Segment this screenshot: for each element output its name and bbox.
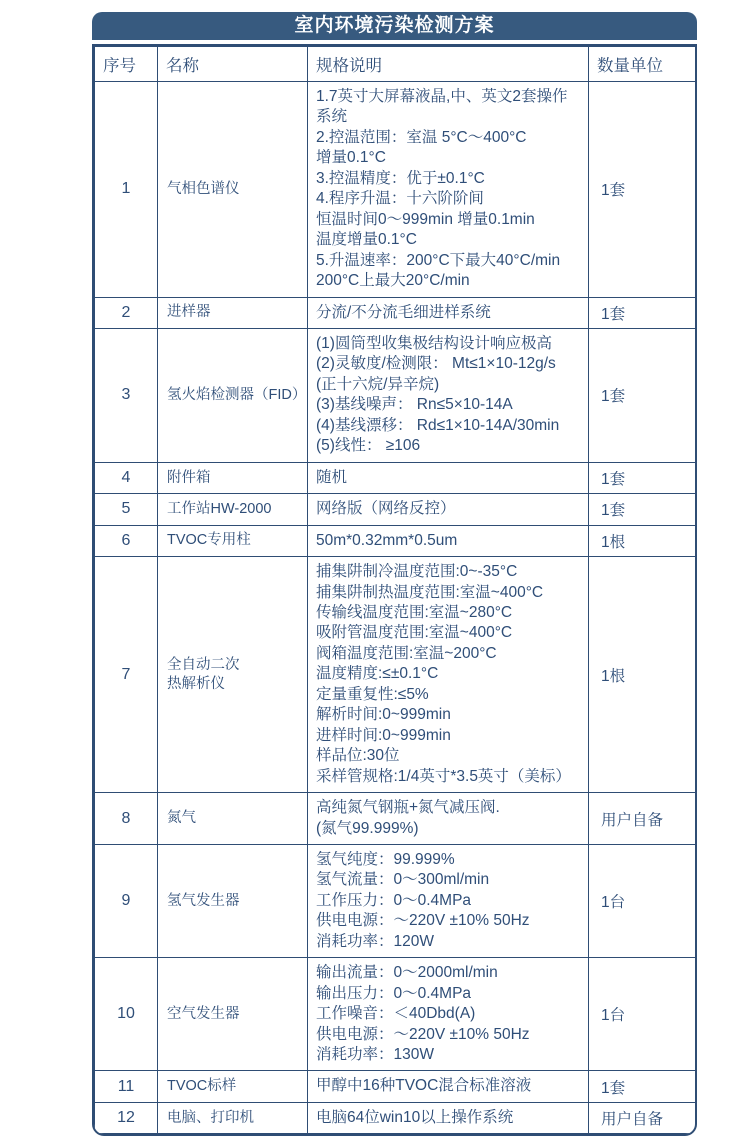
row-name: 氮气 (158, 793, 308, 845)
table-row: 2 进样器 分流/不分流毛细进样系统 1套 (95, 297, 698, 328)
table-container: 序号 名称 规格说明 数量单位 1 气相色谱仪 1.7英寸大屏幕液晶,中、英文2… (92, 44, 697, 1119)
row-no: 2 (95, 297, 158, 328)
row-no: 11 (95, 1071, 158, 1102)
table-row: 5 工作站HW-2000 网络版（网络反控） 1套 (95, 494, 698, 525)
table-row: 1 气相色谱仪 1.7英寸大屏幕液晶,中、英文2套操作系统 2.控温范围：室温 … (95, 82, 698, 298)
table-row: 10 空气发生器 输出流量：0～2000ml/min 输出压力：0～0.4MPa… (95, 958, 698, 1071)
row-no: 7 (95, 557, 158, 793)
table-row: 8 氮气 高纯氮气钢瓶+氮气减压阀. (氮气99.999%) 用户自备 (95, 793, 698, 845)
col-header-name: 名称 (158, 47, 308, 82)
row-name: 电脑、打印机 (158, 1102, 308, 1119)
table-row: 7 全自动二次 热解析仪 捕集阱制冷温度范围:0~-35°C 捕集阱制热温度范围… (95, 557, 698, 793)
row-spec: 电脑64位win10以上操作系统 (308, 1102, 589, 1119)
row-no: 12 (95, 1102, 158, 1119)
row-spec: 随机 (308, 462, 589, 493)
row-spec: 甲醇中16种TVOC混合标准溶液 (308, 1071, 589, 1102)
row-spec: 输出流量：0～2000ml/min 输出压力：0～0.4MPa 工作噪音：＜40… (308, 958, 589, 1071)
row-qty: 1根 (589, 525, 698, 556)
row-name: 工作站HW-2000 (158, 494, 308, 525)
row-qty: 1套 (589, 82, 698, 298)
row-no: 4 (95, 462, 158, 493)
row-qty: 1套 (589, 328, 698, 462)
row-spec: (1)圆筒型收集极结构设计响应极高 (2)灵敏度/检测限： Mt≤1×10-12… (308, 328, 589, 462)
page-title: 室内环境污染检测方案 (92, 12, 697, 40)
col-header-spec: 规格说明 (308, 47, 589, 82)
row-spec: 高纯氮气钢瓶+氮气减压阀. (氮气99.999%) (308, 793, 589, 845)
row-no: 5 (95, 494, 158, 525)
row-qty: 1台 (589, 844, 698, 957)
table-row: 6 TVOC专用柱 50m*0.32mm*0.5um 1根 (95, 525, 698, 556)
row-qty: 用户自备 (589, 793, 698, 845)
table-row: 11 TVOC标样 甲醇中16种TVOC混合标准溶液 1套 (95, 1071, 698, 1102)
table-row: 4 附件箱 随机 1套 (95, 462, 698, 493)
row-qty: 1套 (589, 1071, 698, 1102)
row-no: 9 (95, 844, 158, 957)
table-row: 3 氢火焰检测器（FID） (1)圆筒型收集极结构设计响应极高 (2)灵敏度/检… (95, 328, 698, 462)
row-no: 3 (95, 328, 158, 462)
row-spec: 50m*0.32mm*0.5um (308, 525, 589, 556)
spec-table: 序号 名称 规格说明 数量单位 1 气相色谱仪 1.7英寸大屏幕液晶,中、英文2… (94, 46, 697, 1119)
row-spec: 分流/不分流毛细进样系统 (308, 297, 589, 328)
row-spec: 网络版（网络反控） (308, 494, 589, 525)
row-qty: 1套 (589, 494, 698, 525)
row-no: 6 (95, 525, 158, 556)
row-name: 气相色谱仪 (158, 82, 308, 298)
row-no: 10 (95, 958, 158, 1071)
row-qty: 1套 (589, 297, 698, 328)
col-header-no: 序号 (95, 47, 158, 82)
row-spec: 氢气纯度：99.999% 氢气流量：0～300ml/min 工作压力：0～0.4… (308, 844, 589, 957)
row-spec: 1.7英寸大屏幕液晶,中、英文2套操作系统 2.控温范围：室温 5°C～400°… (308, 82, 589, 298)
spec-sheet: 室内环境污染检测方案 序号 名称 规格说明 数量单位 1 气相色谱仪 1.7英寸… (92, 12, 697, 1119)
row-name: 氢气发生器 (158, 844, 308, 957)
row-no: 8 (95, 793, 158, 845)
col-header-qty: 数量单位 (589, 47, 698, 82)
row-name: 附件箱 (158, 462, 308, 493)
row-spec: 捕集阱制冷温度范围:0~-35°C 捕集阱制热温度范围:室温~400°C 传输线… (308, 557, 589, 793)
row-name: 全自动二次 热解析仪 (158, 557, 308, 793)
row-no: 1 (95, 82, 158, 298)
header-row: 序号 名称 规格说明 数量单位 (95, 47, 698, 82)
row-qty: 用户自备 (589, 1102, 698, 1119)
row-qty: 1套 (589, 462, 698, 493)
row-qty: 1根 (589, 557, 698, 793)
row-name: TVOC专用柱 (158, 525, 308, 556)
row-name: 氢火焰检测器（FID） (158, 328, 308, 462)
row-qty: 1台 (589, 958, 698, 1071)
row-name: TVOC标样 (158, 1071, 308, 1102)
row-name: 空气发生器 (158, 958, 308, 1071)
row-name: 进样器 (158, 297, 308, 328)
table-row: 9 氢气发生器 氢气纯度：99.999% 氢气流量：0～300ml/min 工作… (95, 844, 698, 957)
table-row: 12 电脑、打印机 电脑64位win10以上操作系统 用户自备 (95, 1102, 698, 1119)
